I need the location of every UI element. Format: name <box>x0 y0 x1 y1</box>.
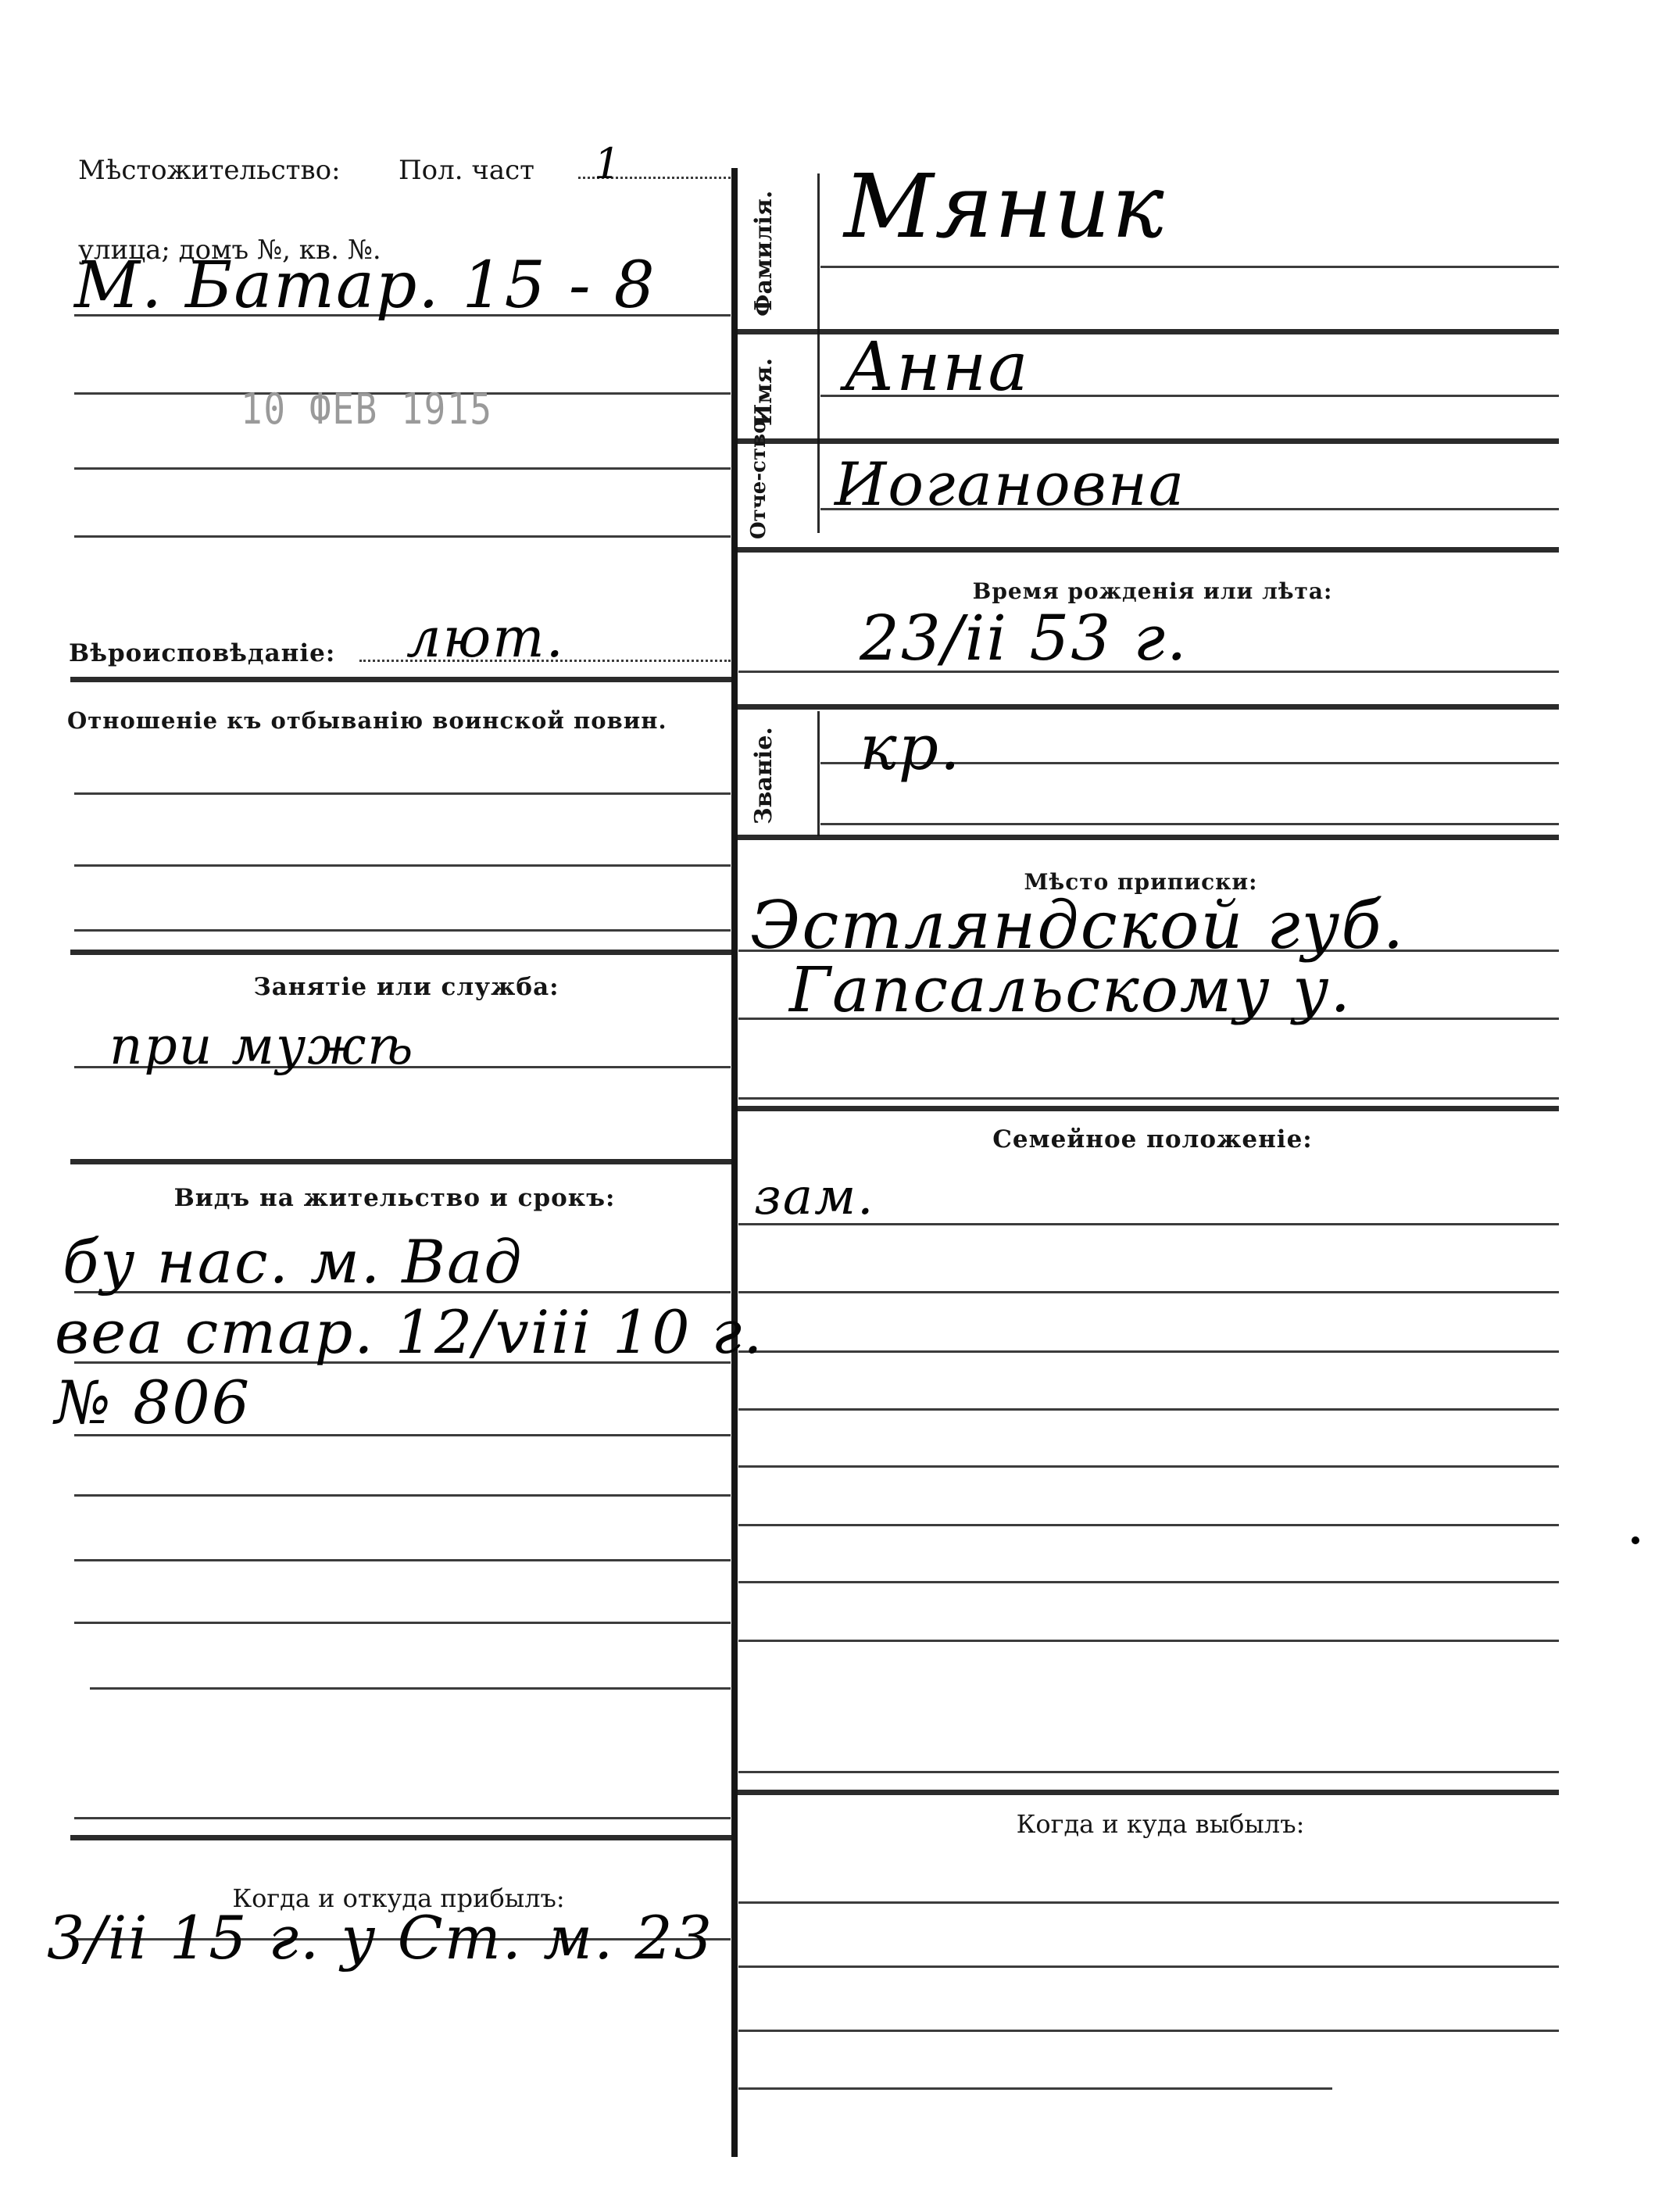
left-rule <box>90 1687 731 1690</box>
right-rule <box>738 1965 1559 1968</box>
birth-value: 23/ii 53 г. <box>860 602 1188 674</box>
registration-place-line-1: Эстляндской губ. <box>750 887 1405 964</box>
right-rule <box>738 1771 1559 1773</box>
right-rule <box>735 438 1559 444</box>
right-rule <box>738 1581 1559 1583</box>
right-rule <box>738 1901 1559 1904</box>
police-district-value: 1 <box>594 139 622 188</box>
left-rule <box>74 929 731 932</box>
arrival-value: 3/ii 15 г. у Ст. м. 23 <box>47 1903 713 1973</box>
left-rule <box>74 792 731 795</box>
residence-permit-line-2: веа стар. 12/viii 10 г. <box>55 1297 763 1367</box>
marital-status-label: Семейное положеніе: <box>992 1125 1312 1154</box>
left-rule <box>70 1159 731 1164</box>
surname-label: Фамилія. <box>750 191 777 317</box>
police-district-label: Пол. част <box>399 155 534 186</box>
rank-label: Званіе. <box>750 727 777 824</box>
date-stamp: 10 ФЕВ 1915 <box>241 385 493 434</box>
left-rule <box>70 950 731 955</box>
right-rule <box>738 2030 1559 2032</box>
residence-permit-line-1: бу нас. м. Вад <box>63 1227 524 1297</box>
residence-permit-line-3: № 806 <box>55 1368 251 1437</box>
residence-permit-label: Видъ на жительство и срокъ: <box>174 1184 616 1212</box>
right-rule <box>820 823 1559 825</box>
residence-label: Мѣстожительство: <box>78 155 341 186</box>
right-rule <box>735 835 1559 840</box>
left-rule <box>74 1494 731 1497</box>
left-rule <box>74 1817 731 1819</box>
label-column-divider-rank <box>817 711 820 836</box>
right-rule <box>738 2087 1332 2090</box>
name-value: Анна <box>844 328 1030 406</box>
left-rule <box>70 1835 731 1840</box>
religion-value: люm. <box>406 606 565 670</box>
birth-label: Время рожденія или лѣта: <box>973 578 1333 604</box>
marital-status-value: зам. <box>754 1168 874 1226</box>
occupation-value: при мужѣ <box>109 1016 415 1076</box>
right-rule <box>738 1350 1559 1353</box>
right-rule <box>738 1291 1559 1293</box>
right-rule <box>735 547 1559 553</box>
left-rule <box>74 864 731 867</box>
left-rule <box>74 1622 731 1624</box>
left-rule <box>74 467 731 470</box>
departure-label: Когда и куда выбылъ: <box>1017 1809 1305 1839</box>
ink-speck <box>1632 1536 1639 1544</box>
religion-label: Вѣроисповѣданіе: <box>69 639 335 667</box>
surname-value: Мяник <box>844 156 1166 258</box>
label-column-divider-top <box>817 173 820 533</box>
right-rule <box>735 1106 1559 1111</box>
right-rule <box>735 704 1559 710</box>
left-rule <box>70 677 731 682</box>
right-rule <box>738 1408 1559 1411</box>
right-rule <box>738 1097 1559 1100</box>
military-service-label: Отношеніе къ отбыванію воинской повин. <box>67 707 667 734</box>
right-rule <box>820 266 1559 268</box>
occupation-label: Занятіе или служба: <box>253 973 559 1001</box>
registration-place-line-2: Гапсальскому у. <box>789 953 1352 1026</box>
patronymic-value: Иогановна <box>835 449 1185 519</box>
rank-value: кр. <box>860 711 961 784</box>
patronymic-label: Отче-ство. <box>747 413 770 539</box>
street-value: М. Батар. 15 - 8 <box>74 249 656 323</box>
center-divider <box>731 168 738 2157</box>
right-rule <box>735 1790 1559 1795</box>
right-rule <box>738 1524 1559 1526</box>
left-rule <box>74 535 731 538</box>
left-rule <box>74 1559 731 1561</box>
right-rule <box>738 1640 1559 1642</box>
right-rule <box>738 1465 1559 1468</box>
